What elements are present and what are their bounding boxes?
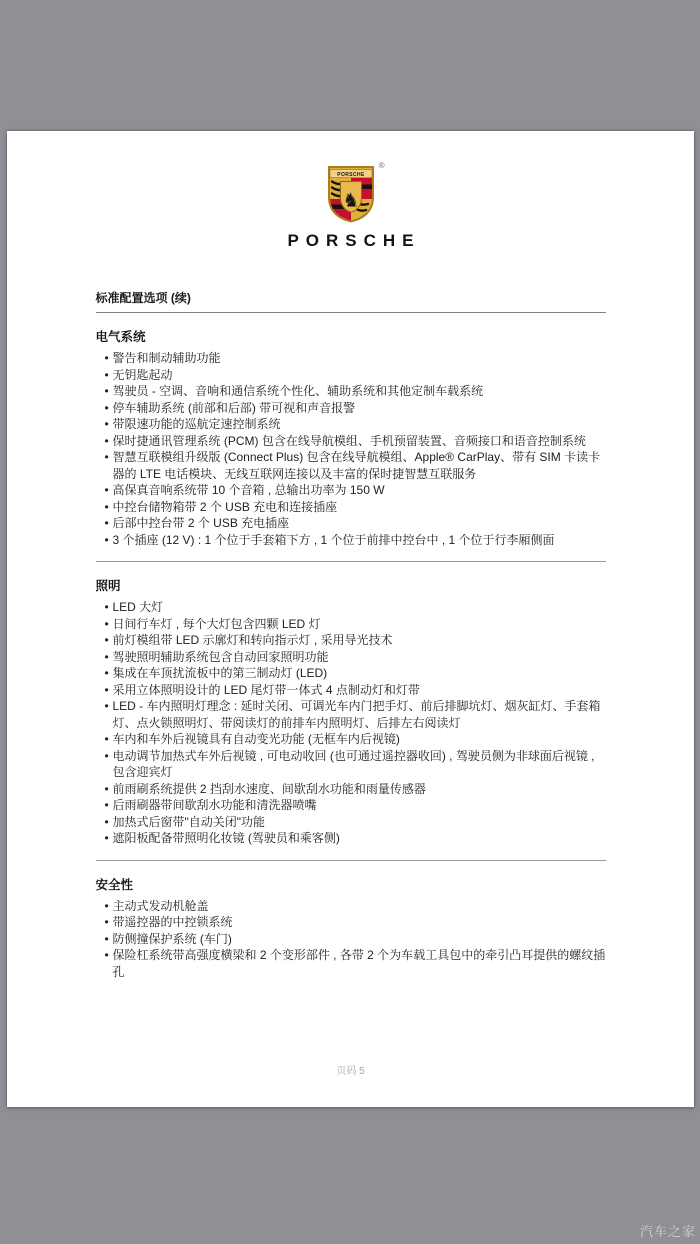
feature-item: 中控台储物箱带 2 个 USB 充电和连接插座: [96, 499, 606, 516]
page-number-label: 页码 5: [7, 1062, 694, 1077]
feature-item: 带遥控器的中控锁系统: [96, 914, 606, 931]
feature-item: 停车辅助系统 (前部和后部) 带可视和声音报警: [96, 400, 606, 417]
spec-section: 电气系统警告和制动辅助功能无钥匙起动驾驶员 - 空调、音响和通信系统个性化、辅助…: [96, 329, 606, 548]
feature-item: 前雨刷系统提供 2 挡刮水速度、间歇刮水功能和雨量传感器: [96, 781, 606, 798]
spec-section: 安全性主动式发动机舱盖带遥控器的中控锁系统防侧撞保护系统 (车门)保险杠系统带高…: [96, 877, 606, 981]
porsche-crest-icon: ♞ PORSCHE ®: [327, 165, 375, 223]
brand-wordmark: PORSCHE: [7, 234, 694, 247]
doc-title: 标准配置选项 (续): [96, 291, 606, 313]
feature-item: 保时捷通讯管理系统 (PCM) 包含在线导航模组、手机预留装置、音频接口和语音控…: [96, 433, 606, 450]
feature-item: 驾驶员 - 空调、音响和通信系统个性化、辅助系统和其他定制车载系统: [96, 383, 606, 400]
feature-item: 3 个插座 (12 V) : 1 个位于手套箱下方 , 1 个位于前排中控台中 …: [96, 532, 606, 549]
feature-item: 驾驶照明辅助系统包含自动回家照明功能: [96, 649, 606, 666]
feature-item: 前灯模组带 LED 示廓灯和转向指示灯 , 采用导光技术: [96, 632, 606, 649]
feature-item: 主动式发动机舱盖: [96, 898, 606, 915]
feature-list: 主动式发动机舱盖带遥控器的中控锁系统防侧撞保护系统 (车门)保险杠系统带高强度横…: [96, 898, 606, 981]
document-page: ♞ PORSCHE ® PORSCHE 标准配置选项 (续) 电气系统警告和制动…: [7, 131, 694, 1107]
feature-item: 带限速功能的巡航定速控制系统: [96, 416, 606, 433]
svg-text:PORSCHE: PORSCHE: [337, 172, 365, 178]
feature-item: 警告和制动辅助功能: [96, 350, 606, 367]
feature-item: 集成在车顶扰流板中的第三制动灯 (LED): [96, 665, 606, 682]
brand-logo: ♞ PORSCHE ® PORSCHE: [7, 131, 694, 247]
section-divider: [96, 860, 606, 861]
feature-item: 保险杠系统带高强度横梁和 2 个变形部件 , 各带 2 个为车载工具包中的牵引凸…: [96, 947, 606, 980]
feature-item: LED - 车内照明灯理念 : 延时关闭、可调光车内门把手灯、前后排脚坑灯、烟灰…: [96, 698, 606, 731]
feature-item: LED 大灯: [96, 599, 606, 616]
feature-item: 加热式后窗带"自动关闭"功能: [96, 814, 606, 831]
section-title: 照明: [96, 578, 606, 594]
feature-item: 防侧撞保护系统 (车门): [96, 931, 606, 948]
app-background: { "page": { "brand": { "word": "PORSCHE"…: [0, 0, 700, 1244]
section-title: 安全性: [96, 877, 606, 893]
registered-trademark-icon: ®: [379, 161, 385, 170]
feature-item: 日间行车灯 , 每个大灯包含四颗 LED 灯: [96, 616, 606, 633]
page-content: 标准配置选项 (续) 电气系统警告和制动辅助功能无钥匙起动驾驶员 - 空调、音响…: [96, 291, 606, 980]
feature-item: 高保真音响系统带 10 个音箱 , 总输出功率为 150 W: [96, 482, 606, 499]
spec-section: 照明LED 大灯日间行车灯 , 每个大灯包含四颗 LED 灯前灯模组带 LED …: [96, 578, 606, 847]
feature-item: 采用立体照明设计的 LED 尾灯带一体式 4 点制动灯和灯带: [96, 682, 606, 699]
feature-item: 后部中控台带 2 个 USB 充电插座: [96, 515, 606, 532]
feature-item: 遮阳板配备带照明化妆镜 (驾驶员和乘客侧): [96, 830, 606, 847]
feature-list: LED 大灯日间行车灯 , 每个大灯包含四颗 LED 灯前灯模组带 LED 示廓…: [96, 599, 606, 847]
svg-text:♞: ♞: [342, 190, 359, 212]
site-watermark: 汽车之家: [640, 1221, 696, 1240]
feature-item: 后雨刷器带间歇刮水功能和清洗器喷嘴: [96, 797, 606, 814]
feature-item: 车内和车外后视镜具有自动变光功能 (无框车内后视镜): [96, 731, 606, 748]
feature-item: 电动调节加热式车外后视镜 , 可电动收回 (也可通过遥控器收回) , 驾驶员侧为…: [96, 748, 606, 781]
feature-item: 无钥匙起动: [96, 367, 606, 384]
feature-item: 智慧互联模组升级版 (Connect Plus) 包含在线导航模组、Apple®…: [96, 449, 606, 482]
section-title: 电气系统: [96, 329, 606, 345]
sections: 电气系统警告和制动辅助功能无钥匙起动驾驶员 - 空调、音响和通信系统个性化、辅助…: [96, 329, 606, 980]
feature-list: 警告和制动辅助功能无钥匙起动驾驶员 - 空调、音响和通信系统个性化、辅助系统和其…: [96, 350, 606, 548]
section-divider: [96, 561, 606, 562]
